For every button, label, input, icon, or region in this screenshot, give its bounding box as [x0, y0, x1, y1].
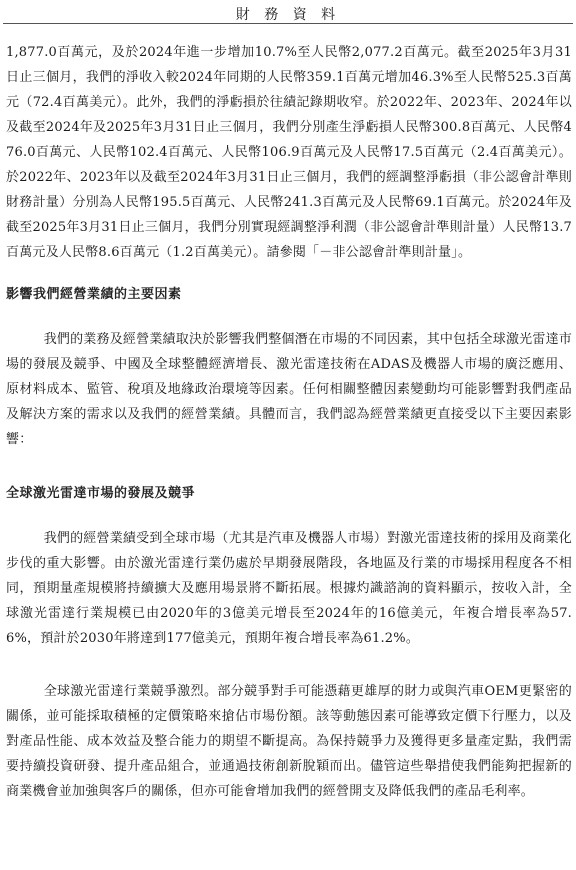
document-body: 1,877.0百萬元，及於2024年進一步增加10.7%至人民幣2,077.2百… — [6, 40, 572, 804]
page-header-title: 財 務 資 料 — [0, 4, 576, 24]
section-heading-lidar-market: 全球激光雷達市場的發展及競爭 — [6, 484, 572, 504]
spacer — [6, 265, 572, 285]
header-divider — [3, 23, 573, 24]
section-heading-key-factors: 影響我們經營業績的主要因素 — [6, 285, 572, 305]
spacer — [6, 305, 572, 327]
intro-paragraph: 1,877.0百萬元，及於2024年進一步增加10.7%至人民幣2,077.2百… — [6, 40, 572, 265]
spacer — [6, 651, 572, 679]
spacer — [6, 504, 572, 526]
lidar-market-paragraph-2: 全球激光雷達行業競爭激烈。部分競爭對手可能憑藉更雄厚的財力或與汽車OEM更緊密的… — [6, 679, 572, 804]
key-factors-paragraph: 我們的業務及經營業績取決於影響我們整個潛在市場的不同因素，其中包括全球激光雷達市… — [6, 327, 572, 452]
spacer — [6, 452, 572, 484]
lidar-market-paragraph-1: 我們的經營業績受到全球市場（尤其是汽車及機器人市場）對激光雷達技術的採用及商業化… — [6, 526, 572, 651]
page-header: 財 務 資 料 — [0, 0, 576, 24]
